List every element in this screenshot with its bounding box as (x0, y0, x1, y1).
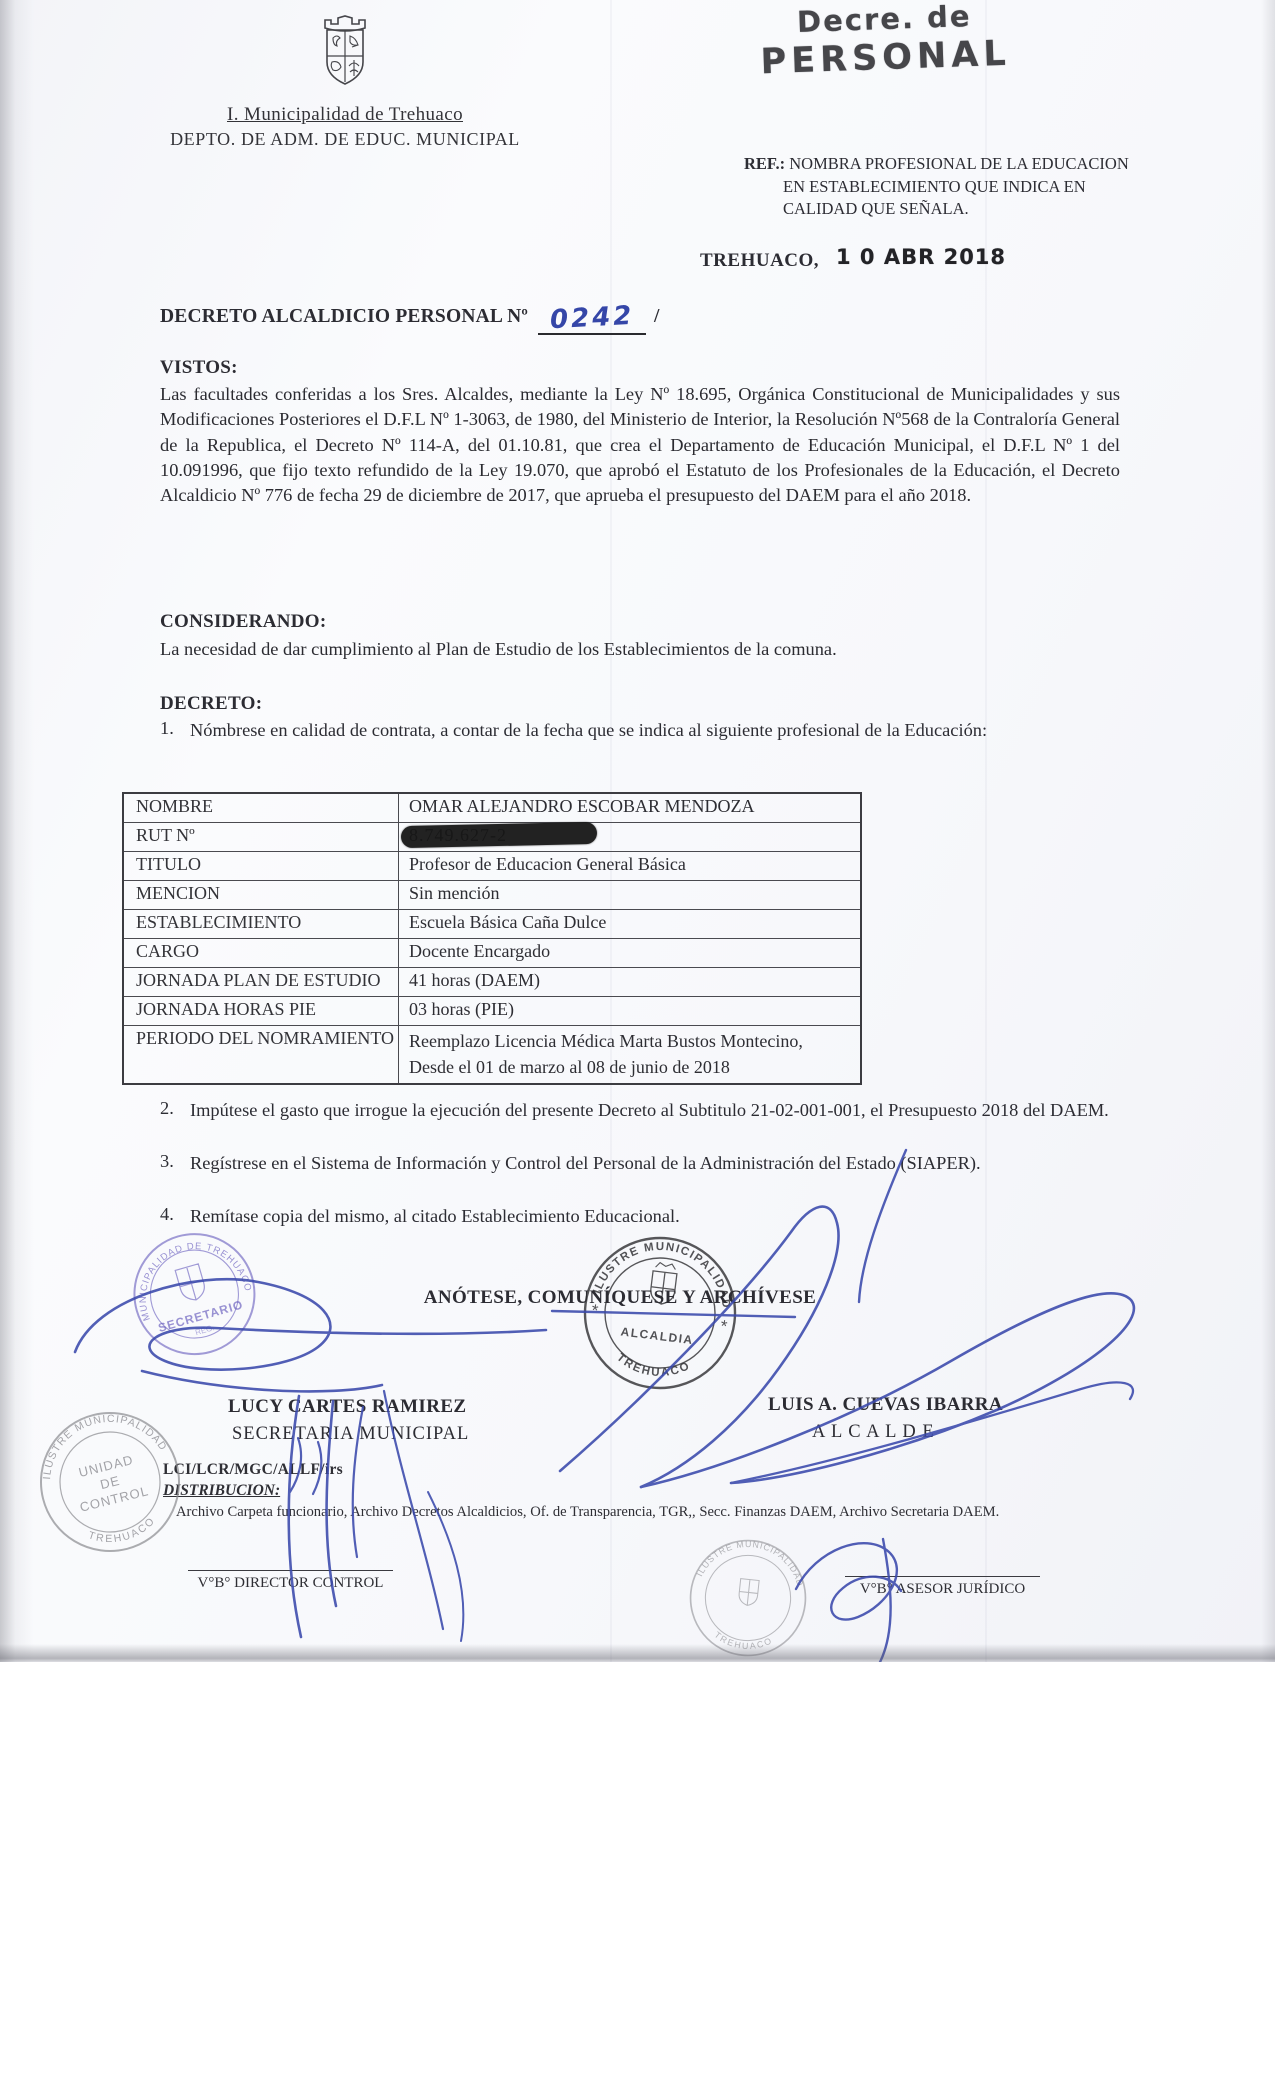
row-label: JORNADA PLAN DE ESTUDIO (124, 968, 399, 996)
row-label: PERIODO DEL NOMRAMIENTO (124, 1026, 399, 1083)
item-3-number: 3. (160, 1151, 190, 1176)
secretary-signature-flourish (142, 1371, 382, 1391)
scanned-decree-page: I. Municipalidad de Trehuaco DEPTO. DE A… (0, 0, 1275, 1662)
ref-text3: CALIDAD QUE SEÑALA. (744, 198, 1164, 221)
initials-line: LCI/LCR/MGC/ALLF/irs (163, 1461, 343, 1479)
municipal-coat-of-arms-icon (308, 14, 382, 100)
table-row: NOMBRE OMAR ALEJANDRO ESCOBAR MENDOZA (124, 794, 860, 823)
date-stamp: 1 0 ABR 2018 (836, 245, 1006, 269)
mayor-name: LUIS A. CUEVAS IBARRA (768, 1394, 1003, 1416)
row-value: Docente Encargado (399, 939, 860, 967)
vb-director-control: V°B° DIRECTOR CONTROL (188, 1570, 393, 1592)
alcaldia-stamp-star-right: * (719, 1317, 728, 1337)
row-value: Profesor de Educacion General Básica (399, 852, 860, 880)
item-1-number: 1. (160, 718, 190, 743)
alcaldia-round-stamp: ILUSTRE MUNICIPALIDAD TREHUACO ALCALDIA … (565, 1218, 754, 1407)
row-label: ESTABLECIMIENTO (124, 910, 399, 938)
decree-number-line: DECRETO ALCALDICIO PERSONAL Nº0242/ (160, 303, 660, 335)
row-value-rut: 8.749.627-2 (399, 823, 860, 851)
row-value: 41 horas (DAEM) (399, 968, 860, 996)
row-value: OMAR ALEJANDRO ESCOBAR MENDOZA (399, 794, 860, 822)
table-row: MENCION Sin mención (124, 881, 860, 910)
control-round-stamp: ILUSTRE MUNICIPALIDAD TREHUACO UNIDAD DE… (18, 1390, 202, 1574)
item-3-text: Regístrese en el Sistema de Información … (190, 1151, 981, 1176)
city-label: TREHUACO, (700, 250, 819, 272)
table-row: PERIODO DEL NOMRAMIENTO Reemplazo Licenc… (124, 1026, 860, 1083)
decree-number-label: DECRETO ALCALDICIO PERSONAL Nº (160, 306, 528, 327)
decree-number-suffix: / (654, 306, 660, 327)
letterhead: I. Municipalidad de Trehuaco DEPTO. DE A… (130, 14, 560, 150)
secretario-stamp-sub: REG. (194, 1323, 215, 1337)
decreto-item-3: 3. Regístrese en el Sistema de Informaci… (160, 1151, 1122, 1176)
svg-text:TREHUACO: TREHUACO (84, 1513, 161, 1552)
vistos-body: Las facultades conferidas a los Sres. Al… (160, 382, 1120, 508)
row-label: TITULO (124, 852, 399, 880)
table-row: JORNADA HORAS PIE 03 horas (PIE) (124, 997, 860, 1026)
municipality-name: I. Municipalidad de Trehuaco (130, 104, 560, 126)
item-2-text: Impútese el gasto que irrogue la ejecuci… (190, 1098, 1109, 1123)
row-label: RUT Nº (124, 823, 399, 851)
vistos-title: VISTOS: (160, 357, 238, 379)
secretary-name: LUCY CARTES RAMIREZ (228, 1396, 466, 1418)
row-value: Sin mención (399, 881, 860, 909)
ref-text1: NOMBRA PROFESIONAL DE LA EDUCACION (789, 154, 1129, 173)
personal-stamp-line2: PERSONAL (735, 33, 1036, 83)
row-label: CARGO (124, 939, 399, 967)
secretario-round-stamp: MUNICIPALIDAD DE TREHUACO SECRETARIO REG… (104, 1208, 287, 1384)
svg-text:ILUSTRE MUNICIPALIDAD: ILUSTRE MUNICIPALIDAD (694, 1533, 810, 1588)
table-row: TITULO Profesor de Educacion General Bás… (124, 852, 860, 881)
ref-block: REF.: NOMBRA PROFESIONAL DE LA EDUCACION… (744, 153, 1164, 221)
scan-left-shadow (0, 0, 34, 1662)
item-2-number: 2. (160, 1098, 190, 1123)
vb-asesor-juridico: V°B° ASESOR JURÍDICO (845, 1576, 1040, 1598)
alcaldia-stamp-band: ALCALDIA (620, 1324, 694, 1347)
considerando-body: La necesidad de dar cumplimiento al Plan… (160, 637, 1120, 662)
considerando-title: CONSIDERANDO: (160, 611, 326, 633)
table-row: RUT Nº 8.749.627-2 (124, 823, 860, 852)
mayor-title: A L C A L D E (812, 1422, 935, 1443)
scan-bottom-shadow (0, 1644, 1275, 1662)
table-row: ESTABLECIMIENTO Escuela Básica Caña Dulc… (124, 910, 860, 939)
alcaldia-stamp-star-left: * (590, 1301, 599, 1321)
juridico-round-stamp: ILUSTRE MUNICIPALIDAD TREHUACO (674, 1528, 822, 1662)
table-row: CARGO Docente Encargado (124, 939, 860, 968)
row-value: Escuela Básica Caña Dulce (399, 910, 860, 938)
row-value: 03 horas (PIE) (399, 997, 860, 1025)
distribution-body: Archivo Carpeta funcionario, Archivo Dec… (176, 1504, 1146, 1521)
appointment-table: NOMBRE OMAR ALEJANDRO ESCOBAR MENDOZA RU… (122, 792, 862, 1085)
decree-number-handwritten: 0242 (549, 301, 635, 335)
row-label: NOMBRE (124, 794, 399, 822)
redaction-bar (401, 822, 597, 848)
ref-text2: EN ESTABLECIMIENTO QUE INDICA EN (744, 176, 1164, 199)
decreto-item-1: 1. Nómbrese en calidad de contrata, a co… (160, 718, 1122, 743)
decreto-title: DECRETO: (160, 693, 262, 715)
decree-number-underline: 0242 (538, 303, 646, 335)
department-name: DEPTO. DE ADM. DE EDUC. MUNICIPAL (130, 129, 560, 150)
item-1-text: Nómbrese en calidad de contrata, a conta… (190, 718, 987, 743)
row-label: MENCION (124, 881, 399, 909)
table-row: JORNADA PLAN DE ESTUDIO 41 horas (DAEM) (124, 968, 860, 997)
personal-decree-stamp: Decre. de PERSONAL (734, 0, 1036, 83)
row-value: Reemplazo Licencia Médica Marta Bustos M… (399, 1026, 860, 1083)
ref-label: REF.: (744, 154, 785, 173)
row-label: JORNADA HORAS PIE (124, 997, 399, 1025)
juridico-stamp-arc-top: ILUSTRE MUNICIPALIDAD (694, 1533, 810, 1588)
decreto-item-2: 2. Impútese el gasto que irrogue la ejec… (160, 1098, 1122, 1123)
control-stamp-arc-bottom: TREHUACO (84, 1513, 161, 1552)
secretary-title: SECRETARIA MUNICIPAL (232, 1424, 469, 1445)
scan-right-shadow (1261, 0, 1275, 1662)
ref-line1: REF.: NOMBRA PROFESIONAL DE LA EDUCACION (744, 153, 1164, 176)
